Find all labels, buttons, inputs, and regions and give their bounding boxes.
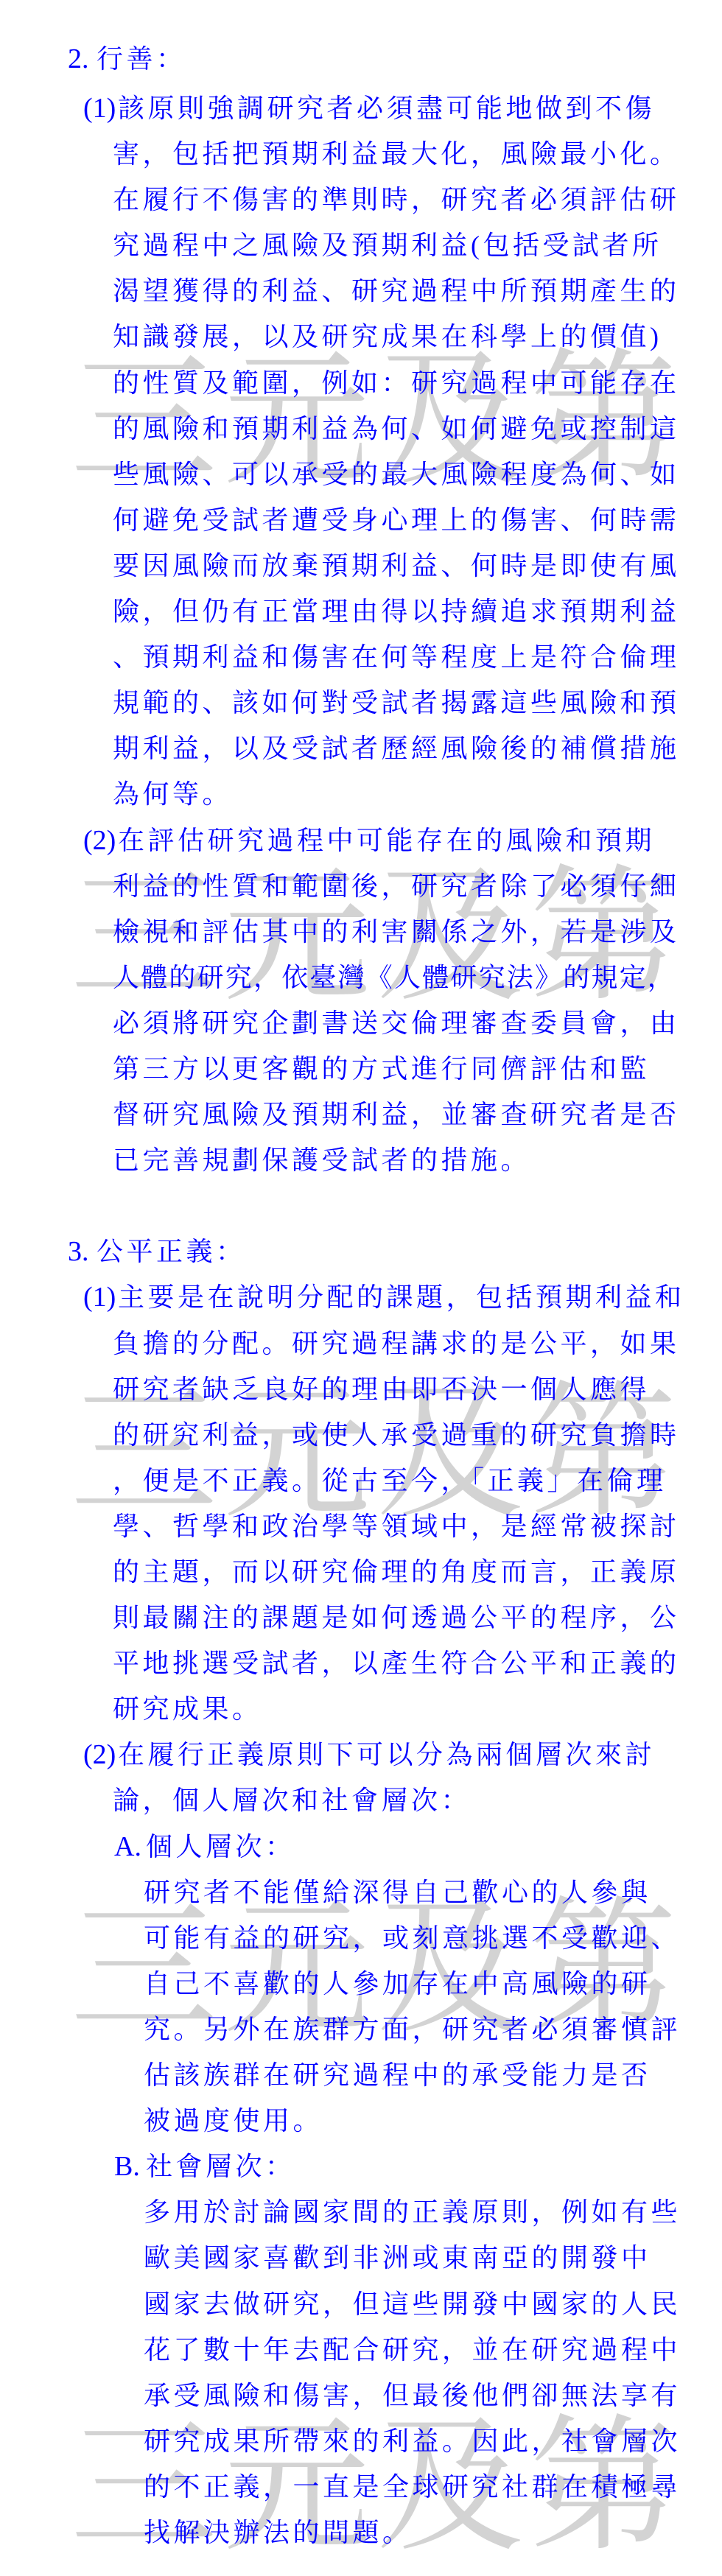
- text-line-content: 研究者不能僅給深得自己歡心的人參與: [144, 1878, 651, 1907]
- text-line-content: 人體的研究，依臺灣《人體研究法》的規定，: [113, 963, 676, 992]
- text-line-content: 估該族群在研究過程中的承受能力是否: [144, 2060, 651, 2090]
- item-first-line: (2)在履行正義原則下可以分為兩個層次來討: [0, 1732, 722, 1777]
- text-line-content: 要因風險而放棄預期利益、何時是即使有風: [113, 551, 680, 580]
- item-first-line: (1)該原則強調研究者必須盡可能地做到不傷: [0, 85, 722, 131]
- text-line-content: 的研究利益，或使人承受過重的研究負擔時: [113, 1420, 680, 1450]
- text-line-content: 些風險、可以承受的最大風險程度為何、如: [113, 460, 680, 489]
- text-line: 在履行正義原則下可以分為兩個層次來討: [118, 1740, 655, 1769]
- text-line: 檢視和評估其中的利害關係之外，若是涉及: [0, 909, 722, 955]
- text-line-content: 國家去做研究，但這些開發中國家的人民: [144, 2289, 681, 2319]
- section-title: 行善：: [97, 44, 186, 74]
- text-line: 在評估研究過程中可能存在的風險和預期: [118, 826, 655, 855]
- text-line-content: 的性質及範圍，例如：研究過程中可能存在: [113, 368, 680, 398]
- text-line: 究過程中之風險及預期利益(包括受試者所: [0, 222, 722, 268]
- text-line: 要因風險而放棄預期利益、何時是即使有風: [0, 543, 722, 589]
- section-number: 2.: [68, 36, 97, 82]
- text-line: 的風險和預期利益為何、如何避免或控制這: [0, 406, 722, 452]
- text-line-content: 自己不喜歡的人參加存在中高風險的研: [144, 1969, 651, 1998]
- text-line: 研究者缺乏良好的理由即否決一個人應得: [0, 1366, 722, 1412]
- item-first-line: (2)在評估研究過程中可能存在的風險和預期: [0, 818, 722, 863]
- text-line-content: 多用於討論國家間的正義原則，例如有些: [144, 2197, 681, 2227]
- text-line: 負擔的分配。研究過程講求的是公平，如果: [0, 1321, 722, 1366]
- text-line-content: 平地挑選受試者，以產生符合公平和正義的: [113, 1649, 680, 1678]
- text-line: 害，包括把預期利益最大化，風險最小化。: [0, 131, 722, 177]
- text-line-content: 、預期利益和傷害在何等程度上是符合倫理: [113, 642, 680, 672]
- text-line: 平地挑選受試者，以產生符合公平和正義的: [0, 1640, 722, 1686]
- document-body: (1)該原則強調研究者必須盡可能地做到不傷 害，包括把預期利益最大化，風險最小化…: [0, 85, 722, 2555]
- text-line-content: 何避免受試者遭受身心理上的傷害、何時需: [113, 505, 680, 535]
- item-label: (2): [83, 1732, 118, 1777]
- text-line-content: 為何等。: [113, 779, 232, 809]
- text-line-content: 的不正義，一直是全球研究社群在積極尋: [144, 2472, 681, 2502]
- item-first-line: (1)主要是在說明分配的課題，包括預期利益和: [0, 1274, 722, 1320]
- text-line: 主要是在說明分配的課題，包括預期利益和: [118, 1282, 685, 1312]
- text-line-content: 渴望獲得的利益、研究過程中所預期產生的: [113, 276, 680, 306]
- text-line: 、預期利益和傷害在何等程度上是符合倫理: [0, 634, 722, 680]
- text-line: 在履行不傷害的準則時，研究者必須評估研: [0, 177, 722, 222]
- text-line: 自己不喜歡的人參加存在中高風險的研: [0, 1961, 722, 2007]
- text-line-content: 可能有益的研究，或刻意挑選不受歡迎、: [144, 1923, 681, 1953]
- text-line-content: 利益的性質和範圍後，研究者除了必須仔細: [113, 871, 680, 901]
- text-line: 國家去做研究，但這些開發中國家的人民: [0, 2281, 722, 2327]
- subitem-heading: A.個人層次：: [0, 1824, 722, 1870]
- text-line: 的研究利益，或使人承受過重的研究負擔時: [0, 1412, 722, 1458]
- subitem-label: B.: [114, 2144, 146, 2189]
- text-line: 研究成果所帶來的利益。因此，社會層次: [0, 2418, 722, 2464]
- text-line: 研究者不能僅給深得自己歡心的人參與: [0, 1870, 722, 1915]
- text-line-content: 研究者缺乏良好的理由即否決一個人應得: [113, 1375, 650, 1404]
- text-line: 渴望獲得的利益、研究過程中所預期產生的: [0, 268, 722, 314]
- text-line: 必須將研究企劃書送交倫理審查委員會，由: [0, 1000, 722, 1046]
- text-line: 估該族群在研究過程中的承受能力是否: [0, 2052, 722, 2098]
- item-label: (1): [83, 1274, 118, 1320]
- text-line: 督研究風險及預期利益，並審查研究者是否: [0, 1092, 722, 1137]
- section-heading: 3.公平正義：: [0, 1229, 722, 1274]
- text-line: 的主題，而以研究倫理的角度而言，正義原: [0, 1549, 722, 1595]
- text-line: 花了數十年去配合研究，並在研究過程中: [0, 2327, 722, 2373]
- text-line-content: 的風險和預期利益為何、如何避免或控制這: [113, 414, 680, 443]
- text-line-content: 第三方以更客觀的方式進行同儕評估和監: [113, 1054, 650, 1084]
- text-line-content: 必須將研究企劃書送交倫理審查委員會，由: [113, 1008, 680, 1038]
- text-line: 該原則強調研究者必須盡可能地做到不傷: [118, 94, 655, 123]
- text-line-content: 檢視和評估其中的利害關係之外，若是涉及: [113, 917, 680, 947]
- text-line: 的不正義，一直是全球研究社群在積極尋: [0, 2464, 722, 2510]
- text-line: 承受風險和傷害，但最後他們卻無法享有: [0, 2373, 722, 2418]
- text-line-content: 負擔的分配。研究過程講求的是公平，如果: [113, 1329, 680, 1358]
- text-line: 人體的研究，依臺灣《人體研究法》的規定，: [0, 955, 722, 1000]
- section-2: 2.行善：: [0, 36, 722, 82]
- text-line: 期利益，以及受試者歷經風險後的補償措施: [0, 726, 722, 771]
- text-line-content: 究。另外在族群方面，研究者必須審慎評: [144, 2015, 681, 2044]
- section-title: 公平正義：: [97, 1237, 246, 1266]
- text-line-content: 險，但仍有正當理由得以持續追求預期利益: [113, 597, 680, 626]
- text-line-content: 督研究風險及預期利益，並審查研究者是否: [113, 1100, 680, 1129]
- text-line-content: 究過程中之風險及預期利益(包括受試者所: [113, 231, 662, 260]
- text-line: 為何等。: [0, 771, 722, 817]
- subitem-heading: B.社會層次：: [0, 2144, 722, 2189]
- text-line-content: 承受風險和傷害，但最後他們卻無法享有: [144, 2381, 681, 2410]
- text-line: 利益的性質和範圍後，研究者除了必須仔細: [0, 863, 722, 909]
- text-line-content: 研究成果所帶來的利益。因此，社會層次: [144, 2426, 681, 2456]
- text-line-content: 研究成果。: [113, 1694, 262, 1724]
- text-line: 多用於討論國家間的正義原則，例如有些: [0, 2189, 722, 2235]
- text-line-content: 花了數十年去配合研究，並在研究過程中: [144, 2335, 681, 2365]
- text-line: 些風險、可以承受的最大風險程度為何、如: [0, 452, 722, 497]
- text-line-content: 害，包括把預期利益最大化，風險最小化。: [113, 139, 680, 169]
- section-heading: 2.行善：: [0, 36, 722, 82]
- text-line: 找解決辦法的問題。: [0, 2510, 722, 2555]
- text-line: 知識發展，以及研究成果在科學上的價值): [0, 314, 722, 359]
- text-line: 學、哲學和政治學等領域中，是經常被探討: [0, 1503, 722, 1549]
- text-line: 究。另外在族群方面，研究者必須審慎評: [0, 2007, 722, 2052]
- text-line: 歐美國家喜歡到非洲或東南亞的開發中: [0, 2235, 722, 2281]
- text-line-content: 則最關注的課題是如何透過公平的程序，公: [113, 1603, 680, 1632]
- text-line-content: 歐美國家喜歡到非洲或東南亞的開發中: [144, 2243, 651, 2273]
- text-line: 已完善規劃保護受試者的措施。: [0, 1137, 722, 1183]
- text-line: 研究成果。: [0, 1686, 722, 1732]
- text-line: 規範的、該如何對受試者揭露這些風險和預: [0, 680, 722, 726]
- text-line: 的性質及範圍，例如：研究過程中可能存在: [0, 360, 722, 406]
- text-line-content: 論，個人層次和社會層次：: [113, 1786, 471, 1815]
- text-line-content: 期利益，以及受試者歷經風險後的補償措施: [113, 734, 680, 763]
- text-line: 第三方以更客觀的方式進行同儕評估和監: [0, 1046, 722, 1092]
- item-label: (1): [83, 85, 118, 131]
- text-line: 可能有益的研究，或刻意挑選不受歡迎、: [0, 1915, 722, 1961]
- section-number: 3.: [68, 1229, 97, 1274]
- text-line-content: 的主題，而以研究倫理的角度而言，正義原: [113, 1557, 680, 1587]
- subitem-label: A.: [114, 1824, 146, 1870]
- text-line-content: 知識發展，以及研究成果在科學上的價值): [113, 322, 662, 351]
- subitem-title: 個人層次：: [146, 1832, 295, 1861]
- text-line-content: 規範的、該如何對受試者揭露這些風險和預: [113, 688, 680, 717]
- text-line: 論，個人層次和社會層次：: [0, 1777, 722, 1823]
- text-line: ，便是不正義。從古至今，「正義」在倫理: [0, 1458, 722, 1503]
- text-line: 險，但仍有正當理由得以持續追求預期利益: [0, 589, 722, 634]
- item-label: (2): [83, 818, 118, 863]
- text-line-content: 被過度使用。: [144, 2106, 323, 2135]
- subitem-title: 社會層次：: [146, 2152, 295, 2181]
- text-line-content: 找解決辦法的問題。: [144, 2518, 413, 2547]
- text-line: 則最關注的課題是如何透過公平的程序，公: [0, 1595, 722, 1640]
- text-line-content: 在履行不傷害的準則時，研究者必須評估研: [113, 185, 680, 214]
- blank-line: [0, 1183, 722, 1229]
- text-line-content: 學、哲學和政治學等領域中，是經常被探討: [113, 1512, 680, 1541]
- text-line: 被過度使用。: [0, 2098, 722, 2144]
- text-line: 何避免受試者遭受身心理上的傷害、何時需: [0, 497, 722, 543]
- document-page: 三元及第 三元及第 三元及第 三元及第 三元及第 2.行善： (1)該原則強調研…: [0, 0, 722, 2576]
- text-line-content: ，便是不正義。從古至今，「正義」在倫理: [113, 1466, 667, 1495]
- text-line-content: 已完善規劃保護受試者的措施。: [113, 1145, 530, 1175]
